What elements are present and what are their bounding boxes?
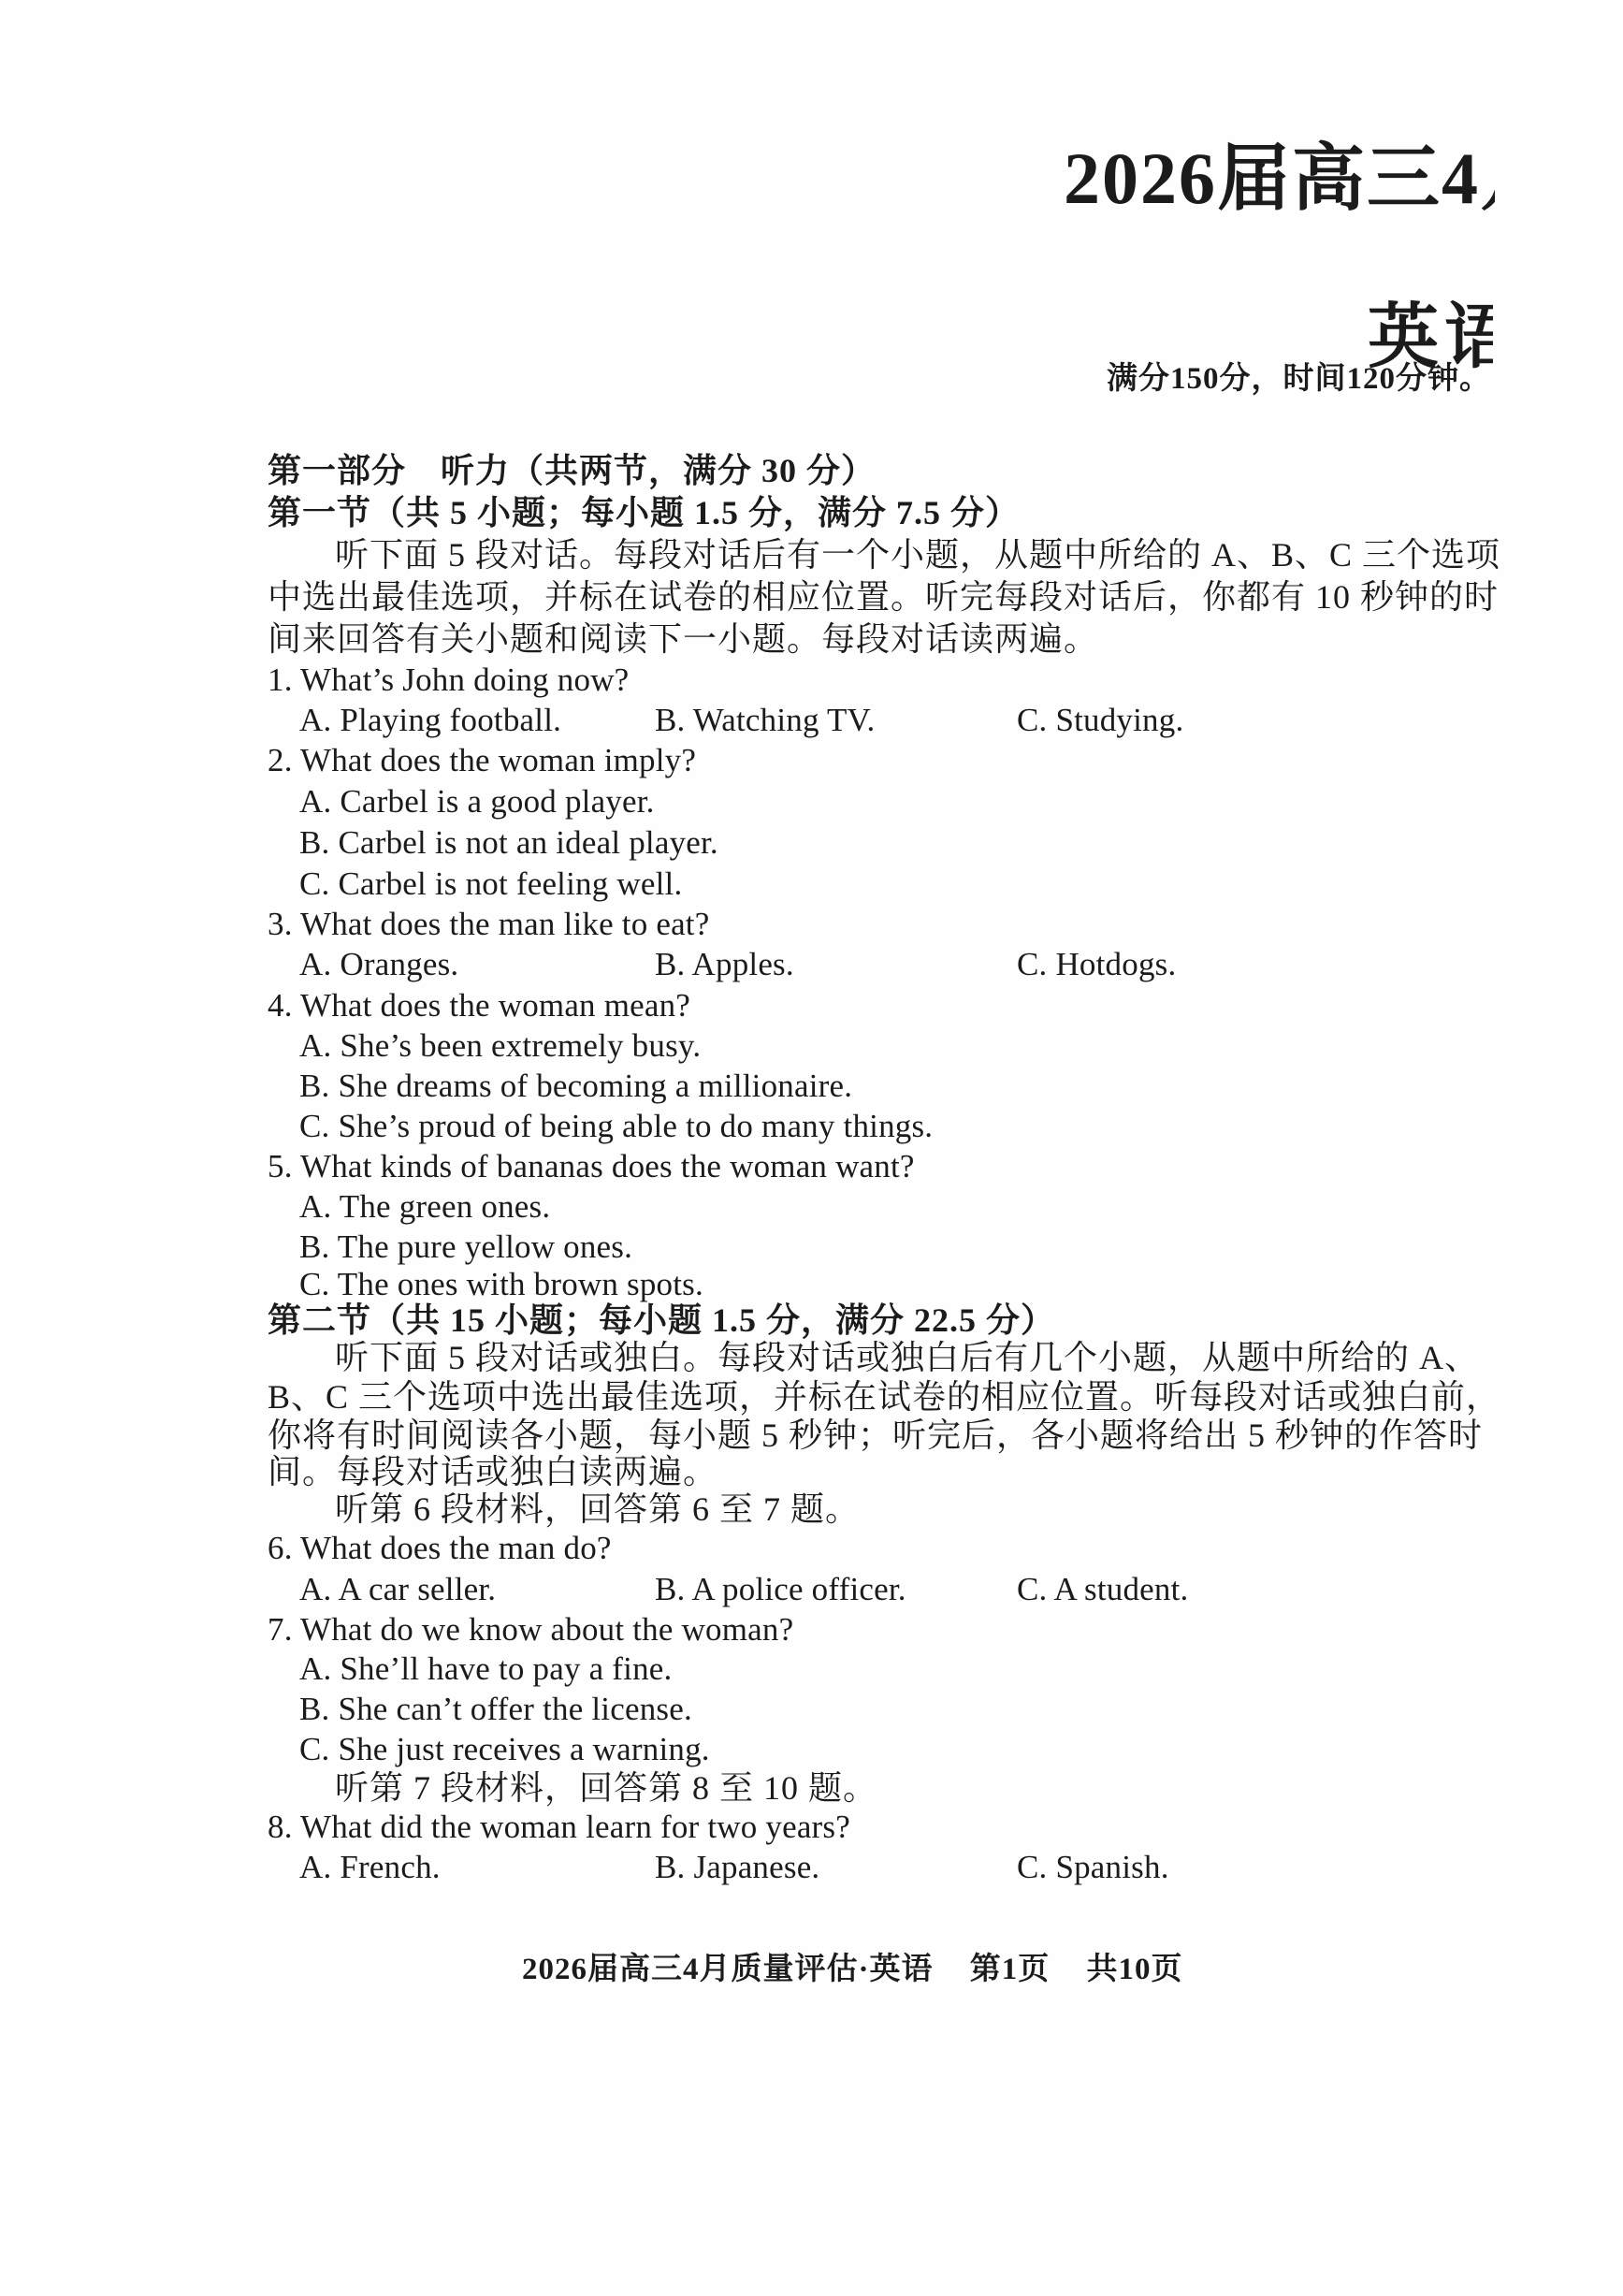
exam-meta: 满分150分，时间120分钟。 (1107, 361, 1491, 398)
material-cue-6: 听第 6 段材料，回答第 6 至 7 题。 (335, 1489, 860, 1529)
section1-instruction-line: 听下面 5 段对话。每段对话后有一个小题，从题中所给的 A、B、C 三个选项 (335, 535, 1500, 574)
question-1-option-b: B. Watching TV. (655, 701, 875, 739)
question-6-option-c: C. A student. (1017, 1570, 1188, 1608)
question-1-text: 1. What’s John doing now? (268, 661, 629, 699)
question-3-option-b: B. Apples. (655, 945, 794, 983)
question-5-option-c: C. The ones with brown spots. (299, 1265, 703, 1303)
footer-page-number: 第1页 (970, 1953, 1051, 1986)
question-4-option-c: C. She’s proud of being able to do many … (299, 1107, 933, 1145)
question-4-text: 4. What does the woman mean? (268, 986, 690, 1024)
section1-instruction-line: 中选出最佳选项，并标在试卷的相应位置。听完每段对话后，你都有 10 秒钟的时 (268, 577, 1499, 617)
part1-heading: 第一部分 听力（共两节，满分 30 分） (268, 451, 876, 490)
question-2-text: 2. What does the woman imply? (268, 741, 696, 779)
section2-heading: 第二节（共 15 小题；每小题 1.5 分，满分 22.5 分） (268, 1301, 1055, 1340)
question-5-option-b: B. The pure yellow ones. (299, 1228, 632, 1266)
scanned-exam-page: 2026届高三4月 英语 满分150分，时间120分钟。 第一部分 听力（共两节… (0, 0, 1623, 2296)
question-4-option-b: B. She dreams of becoming a millionaire. (299, 1067, 852, 1105)
page-footer: 2026届高三4月质量评估·英语 第1页 共10页 (522, 1952, 1183, 1988)
question-8-option-a: A. French. (299, 1848, 441, 1886)
question-4-option-a: A. She’s been extremely busy. (299, 1026, 701, 1065)
section2-instruction-line: 间。每段对话或独白读两遍。 (268, 1452, 717, 1491)
question-3-text: 3. What does the man like to eat? (268, 905, 709, 943)
section2-instruction-line: 听下面 5 段对话或独白。每段对话或独白后有几个小题，从题中所给的 A、 (335, 1338, 1479, 1377)
exam-title-text: 2026届高三4月 (1064, 138, 1495, 219)
question-3-option-c: C. Hotdogs. (1017, 945, 1176, 983)
section1-heading: 第一节（共 5 小题；每小题 1.5 分，满分 7.5 分） (268, 493, 1020, 532)
question-8-option-c: C. Spanish. (1017, 1848, 1169, 1886)
question-2-option-b: B. Carbel is not an ideal player. (299, 823, 718, 862)
question-6-option-b: B. A police officer. (655, 1570, 906, 1608)
question-5-option-a: A. The green ones. (299, 1187, 550, 1226)
material-cue-7: 听第 7 段材料，回答第 8 至 10 题。 (335, 1768, 877, 1808)
question-6-option-a: A. A car seller. (299, 1570, 496, 1608)
question-7-option-a: A. She’ll have to pay a fine. (299, 1649, 672, 1688)
section2-instruction-line: B、C 三个选项中选出最佳选项，并标在试卷的相应位置。听每段对话或独白前， (268, 1377, 1500, 1417)
question-3-option-a: A. Oranges. (299, 945, 458, 983)
section2-instruction-line: 你将有时间阅读各小题，每小题 5 秒钟；听完后，各小题将给出 5 秒钟的作答时 (268, 1416, 1483, 1455)
question-6-text: 6. What does the man do? (268, 1529, 612, 1567)
question-2-option-c: C. Carbel is not feeling well. (299, 865, 682, 903)
footer-page-total: 共10页 (1087, 1953, 1183, 1986)
question-5-text: 5. What kinds of bananas does the woman … (268, 1147, 915, 1185)
exam-title: 2026届高三4月 (1064, 138, 1495, 243)
question-8-text: 8. What did the woman learn for two year… (268, 1808, 850, 1846)
question-7-option-b: B. She can’t offer the license. (299, 1690, 692, 1728)
question-1-option-a: A. Playing football. (299, 701, 561, 739)
section1-instruction-line: 间来回答有关小题和阅读下一小题。每段对话读两遍。 (268, 619, 1098, 659)
question-1-option-c: C. Studying. (1017, 701, 1183, 739)
question-7-text: 7. What do we know about the woman? (268, 1610, 793, 1649)
question-2-option-a: A. Carbel is a good player. (299, 782, 655, 821)
footer-exam-label: 2026届高三4月质量评估·英语 (522, 1953, 934, 1986)
question-8-option-b: B. Japanese. (655, 1848, 819, 1886)
question-7-option-c: C. She just receives a warning. (299, 1730, 710, 1768)
